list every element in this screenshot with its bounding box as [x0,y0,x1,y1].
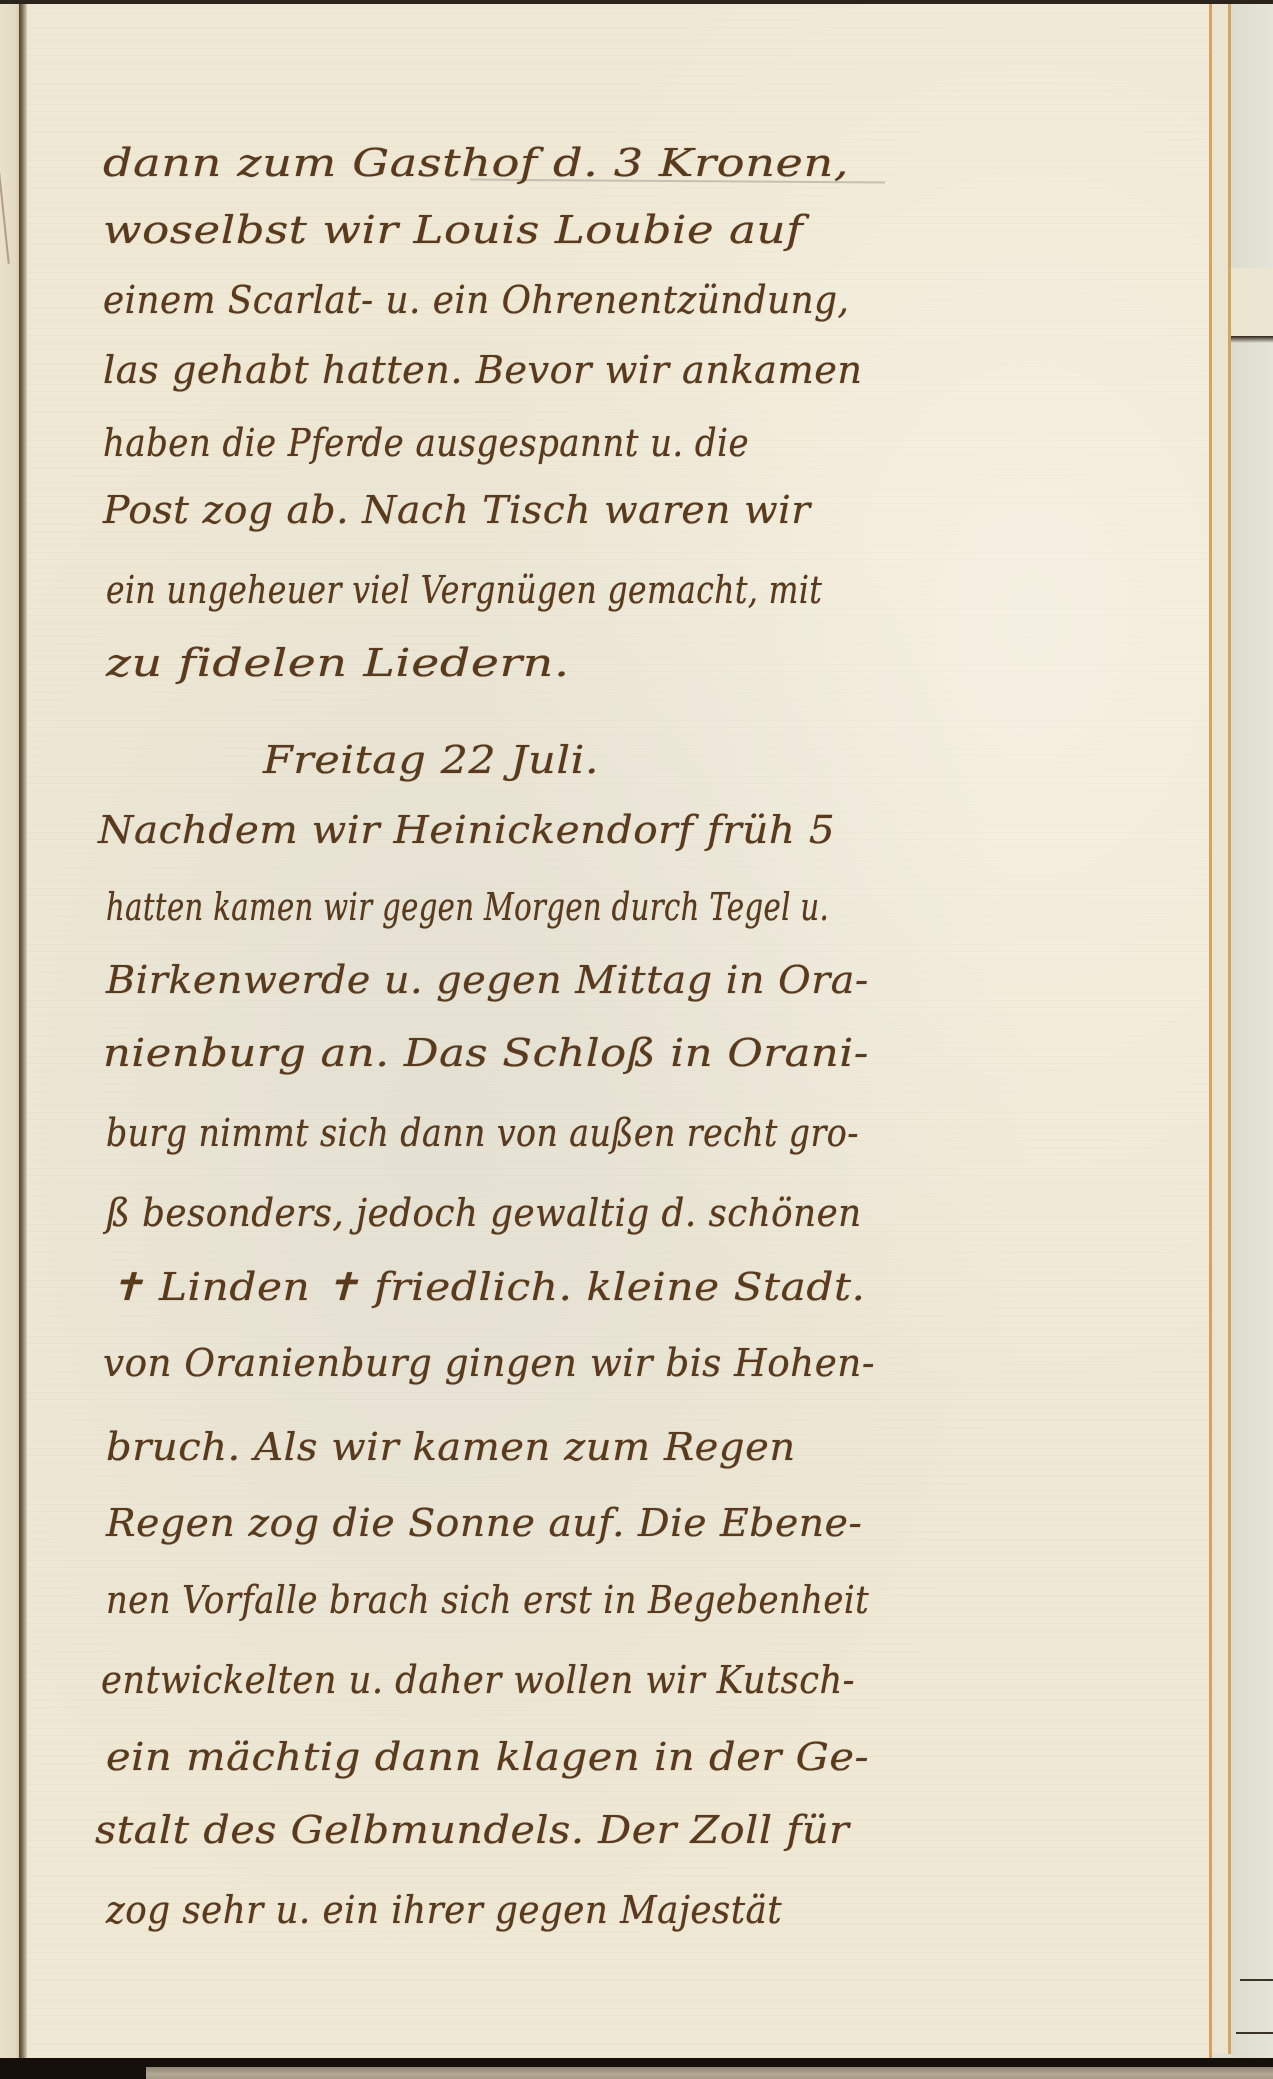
manuscript-line: Post zog ab. Nach Tisch waren wir [103,482,811,538]
manuscript-line: stalt des Gelbmundels. Der Zoll für [95,1802,849,1858]
handwritten-text: haben die Pferde ausgespannt u. die [103,415,749,471]
handwritten-text: nienburg an. Das Schloß in Orani- [103,1025,869,1081]
torn-paper-tab [1231,268,1273,338]
manuscript-line: zog sehr u. ein ihrer gegen Majestät [106,1882,782,1938]
handwritten-text: einem Scarlat- u. ein Ohrenentzündung, [103,272,849,328]
manuscript-line: haben die Pferde ausgespannt u. die [103,415,749,471]
manuscript-line: von Oranienburg gingen wir bis Hohen- [103,1335,875,1391]
underlying-leaf [1212,4,1228,2054]
handwritten-text: Nachdem wir Heinickendorf früh 5 [98,802,835,858]
handwritten-text: hatten kamen wir gegen Morgen durch Tege… [106,879,829,935]
handwritten-text: entwickelten u. daher wollen wir Kutsch- [101,1652,855,1708]
manuscript-line: entwickelten u. daher wollen wir Kutsch- [101,1652,855,1708]
handwritten-text: stalt des Gelbmundels. Der Zoll für [95,1802,849,1858]
manuscript-line: ein ungeheuer viel Vergnügen gemacht, mi… [106,562,822,618]
manuscript-line: burg nimmt sich dann von außen recht gro… [106,1105,859,1161]
handwritten-text: burg nimmt sich dann von außen recht gro… [106,1105,859,1161]
entry-date-heading: Freitag 22 Juli. [263,732,599,788]
pencil-mark [0,154,10,264]
handwritten-text: zu fidelen Liedern. [106,635,570,691]
manuscript-line: zu fidelen Liedern. [106,635,570,691]
manuscript-line: woselbst wir Louis Loubie auf [103,202,803,258]
handwritten-text: ein ungeheuer viel Vergnügen gemacht, mi… [106,562,822,618]
manuscript-line: bruch. Als wir kamen zum Regen [106,1419,796,1475]
manuscript-line: ein mächtig dann klagen in der Ge- [106,1729,869,1785]
handwritten-text: bruch. Als wir kamen zum Regen [106,1419,796,1475]
board-mark [1240,1979,1273,1981]
tab-shadow [1231,336,1273,343]
handwritten-text: las gehabt hatten. Bevor wir ankamen [103,342,863,398]
board-mark [1236,2032,1273,2034]
handwritten-text: ✝ Linden ✝ friedlich. kleine Stadt. [109,1259,866,1315]
handwritten-text: woselbst wir Louis Loubie auf [103,202,803,258]
manuscript-line: ✝ Linden ✝ friedlich. kleine Stadt. [109,1259,865,1315]
handwritten-text: von Oranienburg gingen wir bis Hohen- [103,1335,875,1391]
handwritten-text: Post zog ab. Nach Tisch waren wir [103,482,810,538]
handwritten-text: dann zum Gasthof d. 3 Kronen, [103,135,849,191]
handwritten-heading-text: Freitag 22 Juli. [263,732,599,788]
manuscript-line: dann zum Gasthof d. 3 Kronen, [103,135,849,191]
handwritten-text: zog sehr u. ein ihrer gegen Majestät [106,1882,782,1938]
handwritten-text: ein mächtig dann klagen in der Ge- [106,1729,869,1785]
manuscript-line: nienburg an. Das Schloß in Orani- [103,1025,869,1081]
manuscript-line: ß besonders, jedoch gewaltig d. schönen [106,1185,862,1241]
binding-gutter [19,4,27,2058]
bottom-shadow-left [0,2067,146,2079]
facing-page-strip [0,4,19,2058]
handwritten-text: Birkenwerde u. gegen Mittag in Ora- [106,952,869,1008]
handwritten-text: ß besonders, jedoch gewaltig d. schönen [106,1185,862,1241]
manuscript-line: Nachdem wir Heinickendorf früh 5 [98,802,835,858]
manuscript-line: hatten kamen wir gegen Morgen durch Tege… [106,879,829,935]
manuscript-line: las gehabt hatten. Bevor wir ankamen [103,342,863,398]
manuscript-line: nen Vorfalle brach sich erst in Begebenh… [106,1572,869,1628]
handwritten-text: Regen zog die Sonne auf. Die Ebene- [106,1495,862,1551]
bottom-edge-shadow [0,2058,1273,2067]
manuscript-line: einem Scarlat- u. ein Ohrenentzündung, [103,272,849,328]
handwritten-text: nen Vorfalle brach sich erst in Begebenh… [106,1572,869,1628]
manuscript-line: Regen zog die Sonne auf. Die Ebene- [106,1495,862,1551]
book-cover-edge [146,2067,1273,2079]
manuscript-line: Birkenwerde u. gegen Mittag in Ora- [106,952,869,1008]
